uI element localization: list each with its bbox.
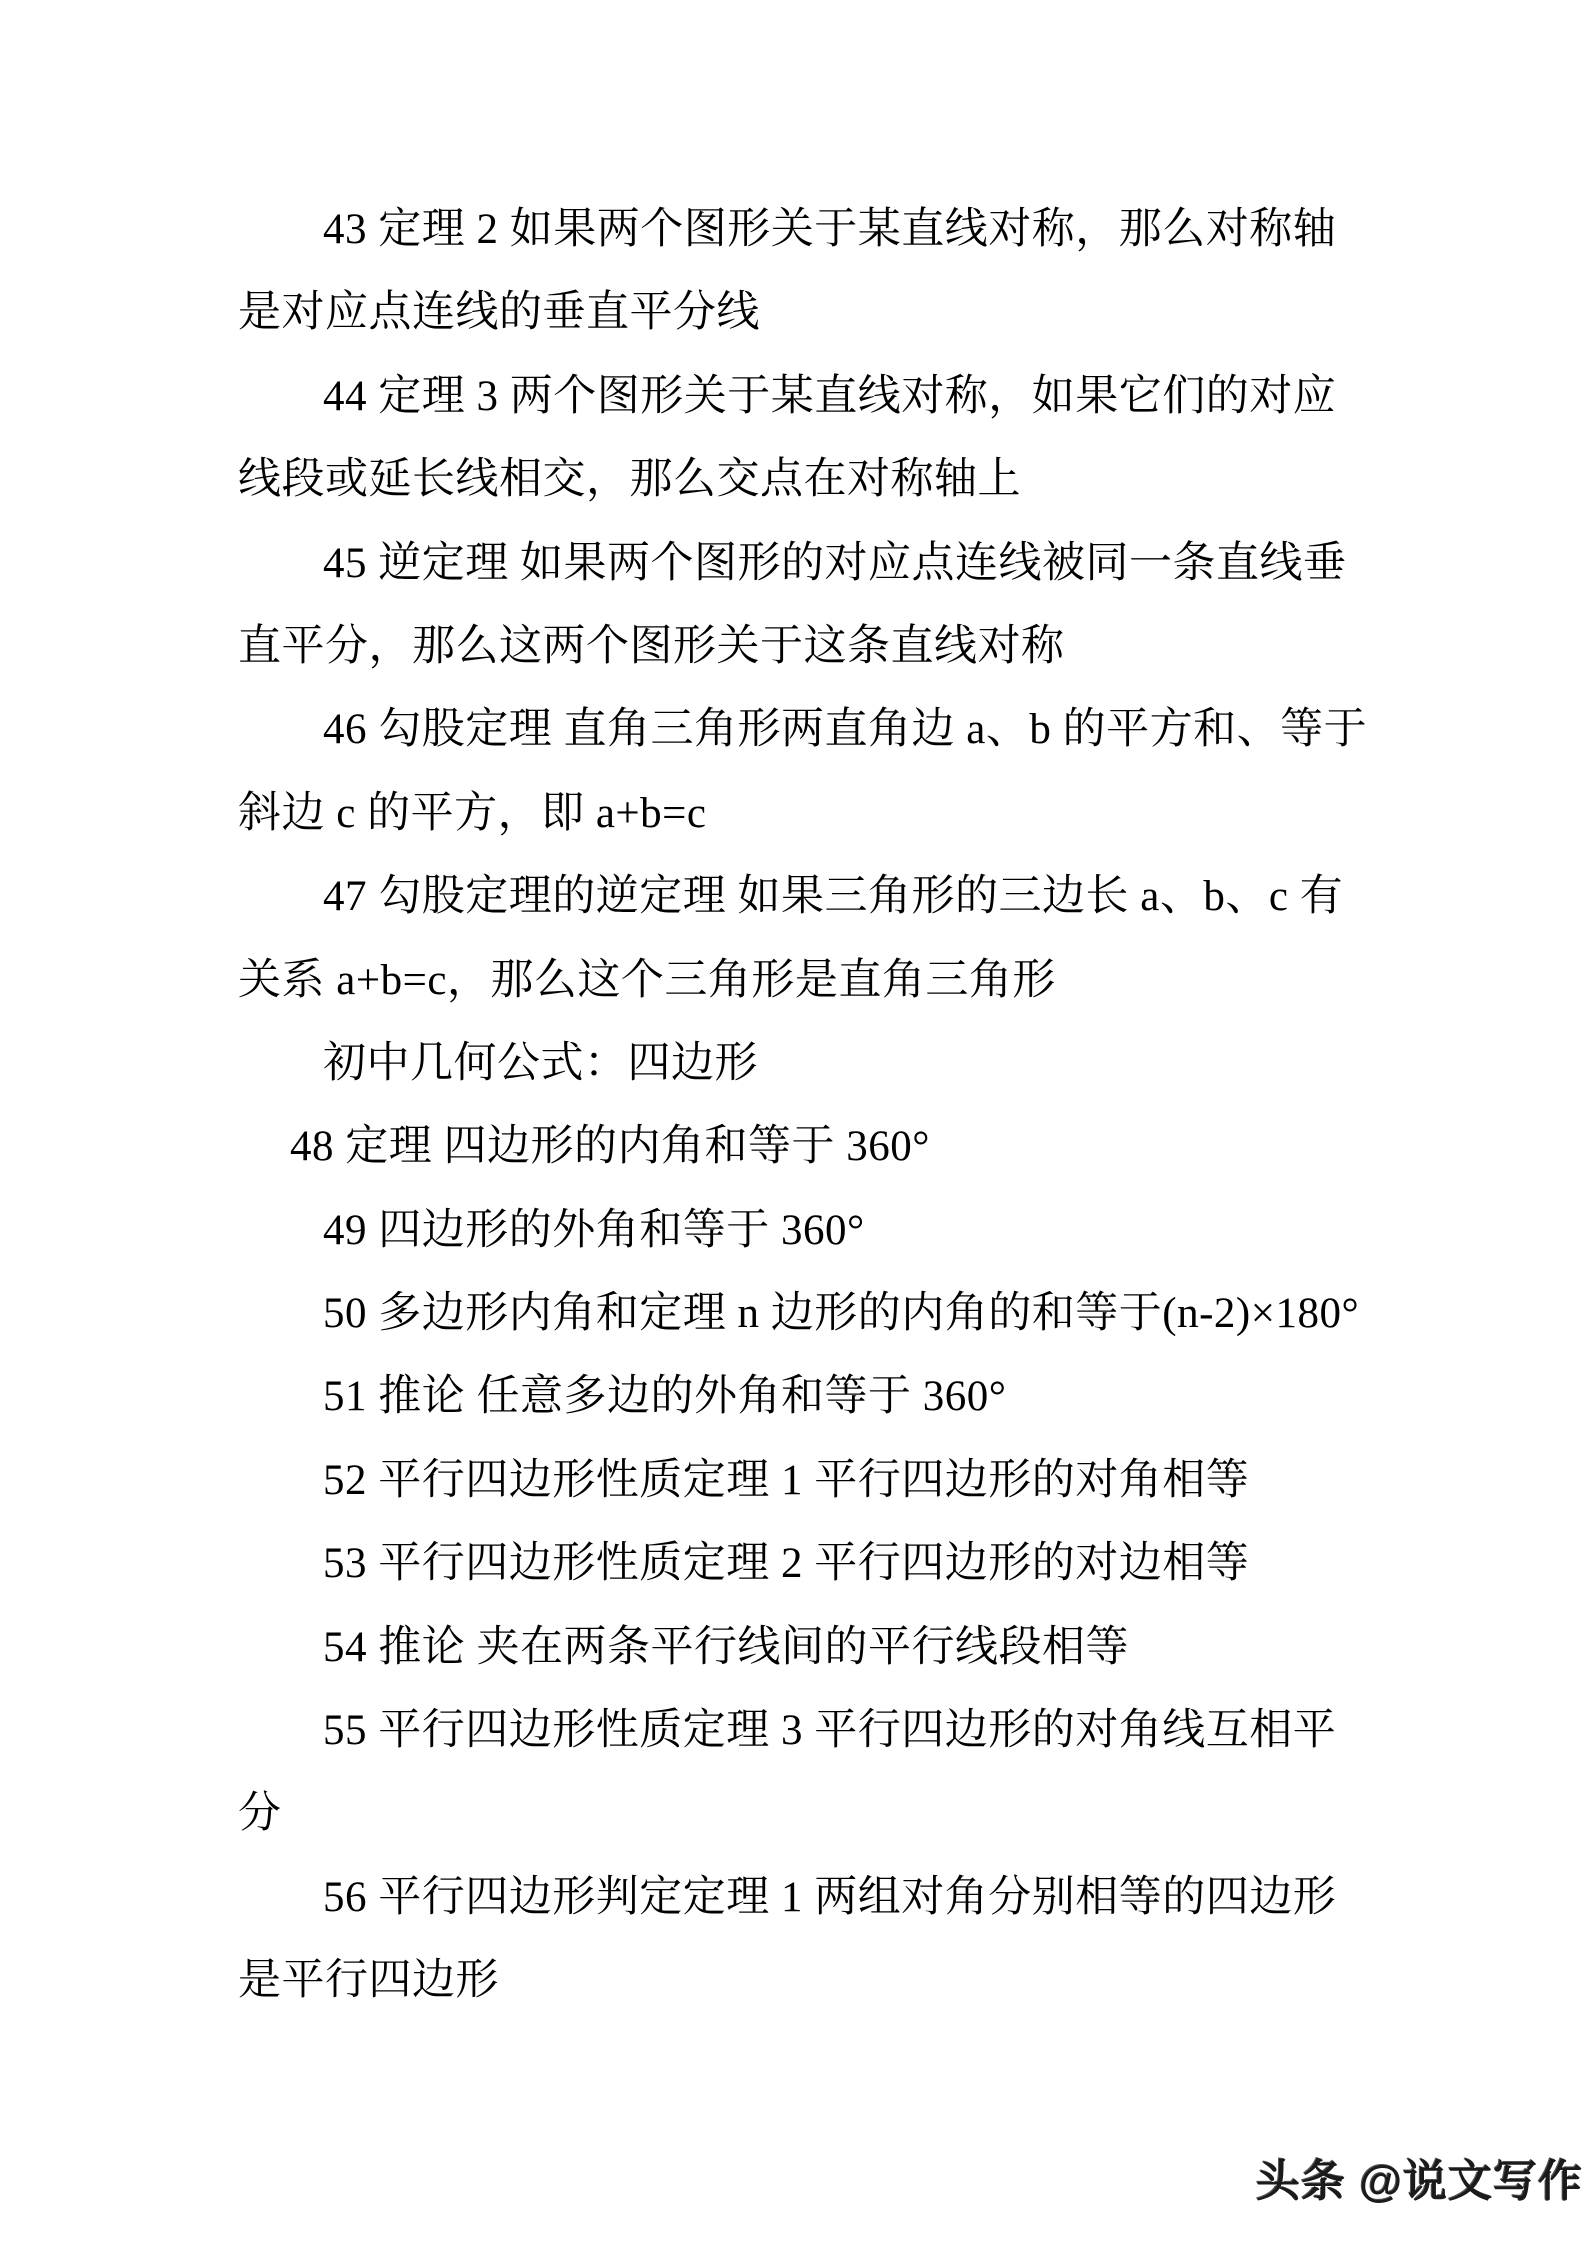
text-line: 50 多边形内角和定理 n 边形的内角的和等于(n-2)×180° [238, 1272, 1527, 1355]
text-line: 46 勾股定理 直角三角形两直角边 a、b 的平方和、等于 [238, 688, 1527, 771]
text-line: 45 逆定理 如果两个图形的对应点连线被同一条直线垂 [238, 522, 1527, 605]
text-line: 56 平行四边形判定定理 1 两组对角分别相等的四边形 [238, 1856, 1527, 1939]
text-line: 关系 a+b=c，那么这个三角形是直角三角形 [238, 939, 1527, 1022]
text-line: 48 定理 四边形的内角和等于 360° [238, 1105, 1527, 1188]
text-line: 44 定理 3 两个图形关于某直线对称，如果它们的对应 [238, 355, 1527, 438]
text-line: 初中几何公式：四边形 [238, 1022, 1527, 1105]
text-line: 47 勾股定理的逆定理 如果三角形的三边长 a、b、c 有 [238, 855, 1527, 938]
text-line: 分 [238, 1772, 1527, 1855]
text-line: 54 推论 夹在两条平行线间的平行线段相等 [238, 1606, 1527, 1689]
document-lines: 43 定理 2 如果两个图形关于某直线对称，那么对称轴是对应点连线的垂直平分线4… [238, 188, 1527, 2023]
text-line: 是平行四边形 [238, 1939, 1527, 2022]
text-line: 53 平行四边形性质定理 2 平行四边形的对边相等 [238, 1522, 1527, 1605]
text-line: 斜边 c 的平方，即 a+b=c [238, 772, 1527, 855]
document-page: 43 定理 2 如果两个图形关于某直线对称，那么对称轴是对应点连线的垂直平分线4… [0, 0, 1587, 2245]
text-line: 43 定理 2 如果两个图形关于某直线对称，那么对称轴 [238, 188, 1527, 271]
text-line: 是对应点连线的垂直平分线 [238, 271, 1527, 354]
text-line: 直平分，那么这两个图形关于这条直线对称 [238, 605, 1527, 688]
text-line: 49 四边形的外角和等于 360° [238, 1189, 1527, 1272]
text-line: 线段或延长线相交，那么交点在对称轴上 [238, 438, 1527, 521]
text-line: 55 平行四边形性质定理 3 平行四边形的对角线互相平 [238, 1689, 1527, 1772]
text-line: 52 平行四边形性质定理 1 平行四边形的对角相等 [238, 1439, 1527, 1522]
text-line: 51 推论 任意多边的外角和等于 360° [238, 1355, 1527, 1438]
toutiao-watermark: 头条 @说文写作 [1256, 2156, 1583, 2208]
